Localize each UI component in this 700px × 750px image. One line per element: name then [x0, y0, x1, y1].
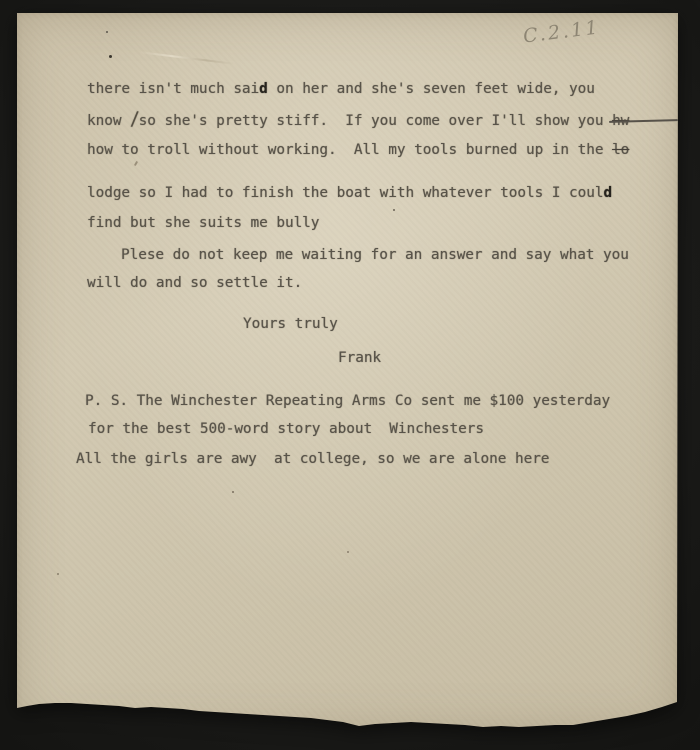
letter-line-6: Plese do not keep me waiting for an answ…: [121, 246, 629, 264]
paper-pinhole: [109, 55, 112, 58]
valediction: Yours truly: [243, 315, 338, 333]
letter-line-1: there isn't much said on her and she's s…: [87, 80, 595, 98]
signature: Frank: [338, 349, 381, 367]
letter-line-4: lodge so I had to finish the boat with w…: [87, 184, 612, 202]
line-2-text-cont: so she's pretty stiff. If you come over …: [139, 113, 612, 129]
line-4-text: lodge so I had to finish the boat with w…: [87, 185, 603, 201]
postscript-line-1: P. S. The Winchester Repeating Arms Co s…: [85, 392, 610, 410]
postscript-line-2: for the best 500-word story about Winche…: [88, 420, 484, 438]
postscript-line-3: All the girls are awy at college, so we …: [76, 450, 549, 468]
crossed-out-letters: lo: [612, 142, 629, 158]
catalog-mark-handwritten: C.2.11: [522, 16, 601, 47]
photo-background: { "annotation": { "catalog_mark": "C.2.1…: [0, 0, 700, 750]
paper-scratch: [134, 161, 138, 166]
overstruck-letter: d: [259, 81, 268, 97]
line-1-text: there isn't much sai: [87, 81, 259, 97]
paper-speck: [232, 491, 234, 493]
line-2-text: know: [87, 113, 130, 129]
line-3-text: how to troll without working. All my too…: [87, 142, 612, 158]
paper-speck: [347, 551, 349, 553]
paper-speck: [57, 573, 59, 575]
line-1-text-cont: on her and she's seven feet wide, you: [268, 81, 595, 97]
scanned-letter-photo: C.2.11 there isn't much said on her and …: [0, 0, 700, 750]
pencil-slash-mark: /: [130, 107, 140, 132]
letter-paper-wrap: C.2.11 there isn't much said on her and …: [17, 13, 678, 731]
letter-line-3: how to troll without working. All my too…: [87, 141, 629, 159]
letter-line-5: find but she suits me bully: [87, 214, 319, 232]
letter-line-2: know /so she's pretty stiff. If you come…: [87, 112, 629, 130]
paper-crease: [139, 51, 235, 65]
overstruck-letter: d: [603, 185, 612, 201]
paper-speck: [393, 209, 395, 211]
letter-paper: C.2.11 there isn't much said on her and …: [17, 13, 678, 731]
paper-speck: [106, 31, 108, 33]
letter-line-7: will do and so settle it.: [87, 274, 302, 292]
